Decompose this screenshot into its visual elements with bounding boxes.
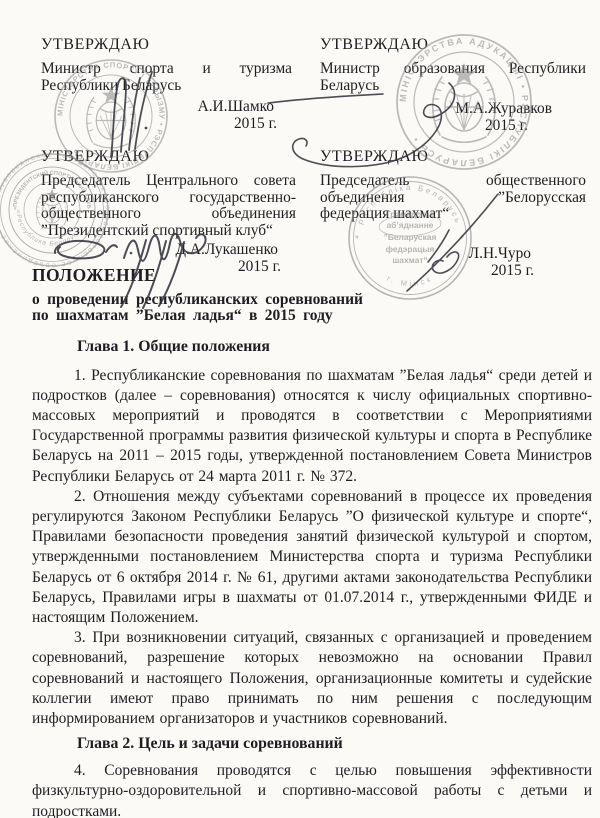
approval-block-presidential-club: УТВЕРЖДАЮ Председатель Центрального сове… (41, 148, 296, 275)
paragraph-4: 4. Соревнования проводятся с целью повыш… (32, 761, 592, 818)
approval-title: Председатель общественногообъединения ”Б… (320, 173, 586, 223)
approval-title: Министр образования РеспубликиБеларусь (320, 61, 586, 94)
chapter-2-heading: Глава 2. Цель и задачи соревнований (77, 735, 592, 753)
approval-block-chess-federation: УТВЕРЖДАЮ Председатель общественногообъе… (320, 148, 586, 279)
document-body: ПОЛОЖЕНИЕ о проведении республиканских с… (32, 265, 592, 818)
approval-signer-name: Д.А.Лукашенко (41, 242, 296, 258)
approval-block-sport-minister: УТВЕРЖДАЮ Министр спорта и туризмаРеспуб… (41, 36, 292, 132)
document-title: ПОЛОЖЕНИЕ (32, 265, 592, 285)
approval-signer-name: М.А.Журавков (320, 101, 586, 117)
approval-year: 2015 г. (320, 118, 586, 134)
approval-signer-name: Л.Н.Чуро (320, 246, 586, 262)
approval-header: УТВЕРЖДАЮ (41, 148, 296, 166)
approval-block-education-minister: УТВЕРЖДАЮ Министр образования Республики… (320, 36, 586, 134)
approval-signer-name: А.И.Шамко (41, 99, 292, 115)
approval-header: УТВЕРЖДАЮ (41, 36, 292, 54)
paragraph-3: 3. При возникновении ситуаций, связанных… (32, 628, 592, 729)
approval-title: Министр спорта и туризмаРеспублики Белар… (41, 61, 292, 94)
paragraph-1: 1. Республиканские соревнования по шахма… (32, 366, 592, 487)
paragraph-2: 2. Отношения между субъектами соревнован… (32, 487, 592, 628)
document-subtitle: о проведении республиканских соревновани… (32, 292, 592, 324)
scanned-document-page: УТВЕРЖДАЮ Министр спорта и туризмаРеспуб… (0, 0, 600, 818)
approval-header: УТВЕРЖДАЮ (320, 36, 586, 54)
chapter-1-heading: Глава 1. Общие положения (77, 338, 592, 356)
approval-title: Председатель Центрального советареспубли… (41, 173, 296, 239)
approval-header: УТВЕРЖДАЮ (320, 148, 586, 166)
approval-year: 2015 г. (41, 116, 292, 132)
